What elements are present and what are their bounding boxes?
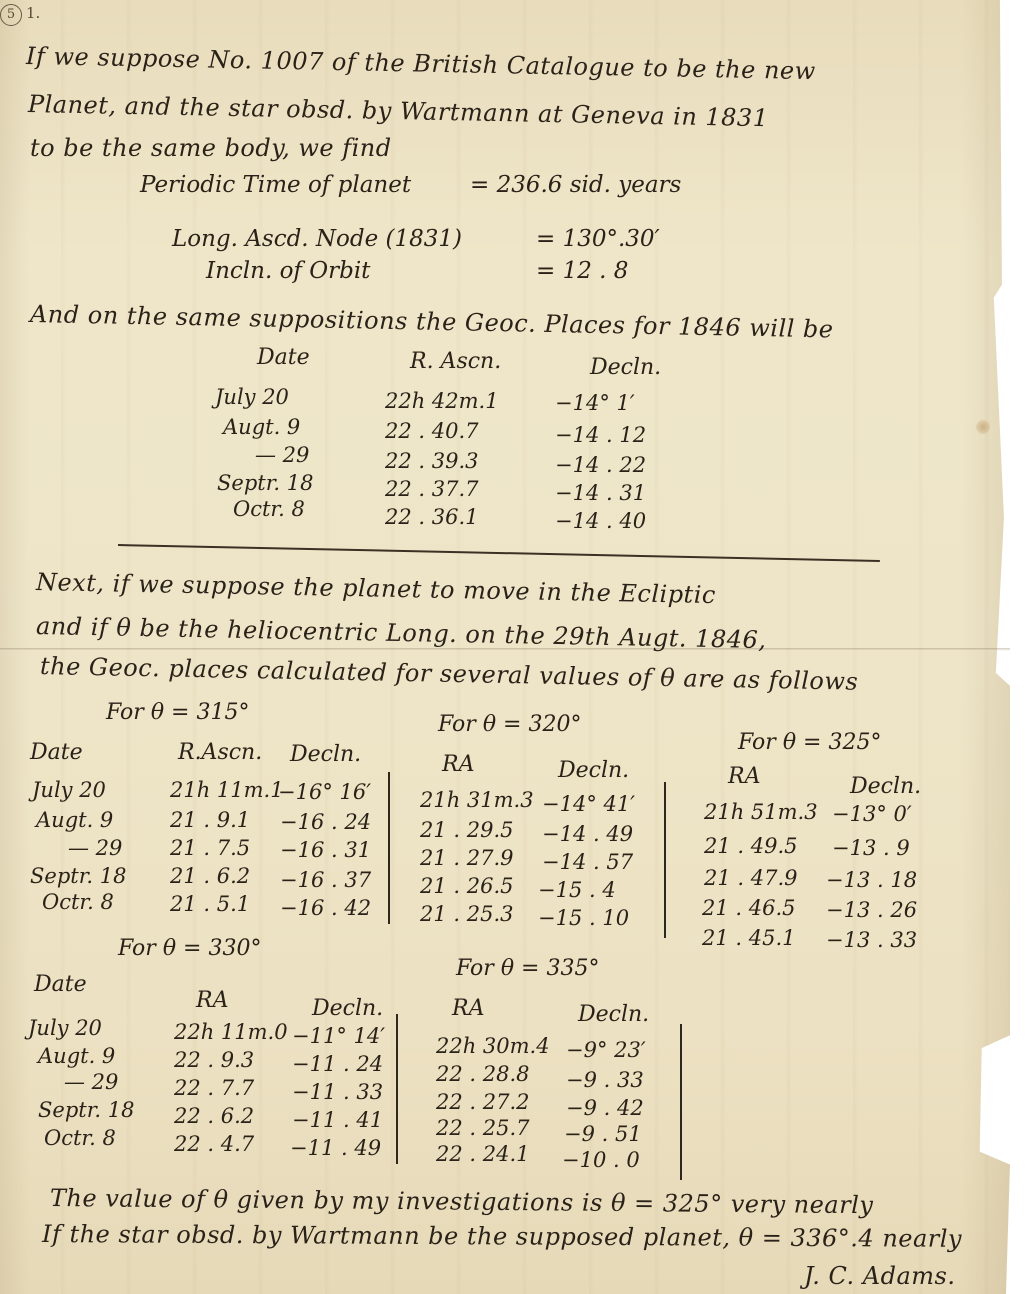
header-date: Date [34,972,87,997]
table-row-decl: −13 . 9 [832,836,910,860]
header-decl: Decln. [290,742,361,767]
table-row-decl: −15 . 10 [538,906,629,930]
table-row-decl: −9 . 42 [566,1096,644,1120]
table-row-decl: −14 . 57 [542,850,633,874]
table-row-ra: 22 . 4.7 [174,1132,254,1156]
archive-mark: 5 [0,4,22,26]
table-row-ra: 22 . 28.8 [436,1062,530,1086]
table-row-date: Septr. 18 [217,471,314,495]
table-row-decl: −13 . 33 [826,928,917,952]
table-row-decl: −16 . 24 [280,810,371,834]
header-ra: RA [196,988,228,1013]
periodic-time-value: = 236.6 sid. years [470,172,681,198]
table-row-decl: −11 . 41 [292,1108,383,1132]
table-row-ra: 21 . 47.9 [704,866,798,890]
paper-stain [976,420,990,434]
table-row-date: Augt. 9 [38,1044,115,1068]
table-row-ra: 21 . 46.5 [702,896,796,920]
table-row-date: — 29 [255,443,309,467]
table-row-ra: 22h 30m.4 [436,1034,550,1058]
table-row-ra: 21h 11m.1 [170,778,284,802]
table-row-decl: −13° 0′ [832,802,912,826]
table-row-ra: 21 . 5.1 [170,892,250,916]
column-divider [664,782,666,938]
table-row-date: Septr. 18 [30,864,127,888]
header-decl: Decln. [312,996,383,1021]
table-row-ra: 21h 51m.3 [704,800,818,824]
header-ra: RA [442,752,474,777]
table-row-ra: 22 . 39.3 [385,449,479,473]
header-decl: Decln. [590,355,661,380]
column-divider [396,1014,398,1164]
intro-line-3: to be the same body, we find [30,134,392,162]
table-title: For θ = 335° [456,956,599,981]
table-row-date: — 29 [68,836,122,860]
table-row-date: Augt. 9 [36,808,113,832]
table-row-decl: −16 . 42 [280,896,371,920]
column-divider [388,772,390,924]
table-row-decl: −11 . 49 [290,1136,381,1160]
table-row-ra: 22 . 25.7 [436,1116,530,1140]
header-date: Date [257,345,310,370]
header-decl: Decln. [578,1002,649,1027]
conclusion-line-2: If the star obsd. by Wartmann be the sup… [42,1220,962,1253]
periodic-time-label: Periodic Time of planet [140,172,411,198]
table-row-ra: 21h 31m.3 [420,788,534,812]
table-row-decl: −14 . 49 [542,822,633,846]
table-row-decl: −14 . 22 [555,453,646,477]
table-row-ra: 22h 11m.0 [174,1020,288,1044]
table-row-ra: 22 . 6.2 [174,1104,254,1128]
table-row-ra: 22 . 40.7 [385,419,479,443]
table-row-decl: −13 . 18 [826,868,917,892]
signature: J. C. Adams. [804,1262,956,1290]
table-row-decl: −9 . 51 [564,1122,642,1146]
column-divider [680,1024,682,1180]
header-decl: Decln. [850,774,921,799]
header-ra: RA [452,996,484,1021]
table-row-ra: 21 . 26.5 [420,874,514,898]
table-row-decl: −16 . 31 [280,838,371,862]
table-row-decl: −14 . 31 [555,481,646,505]
header-date: Date [30,740,83,765]
table-row-ra: 21 . 9.1 [170,808,250,832]
table-row-ra: 21 . 25.3 [420,902,514,926]
table-row-date: July 20 [32,778,106,802]
table-row-decl: −10 . 0 [562,1148,640,1172]
inclination-label: Incln. of Orbit [206,258,370,284]
table-row-ra: 21 . 27.9 [420,846,514,870]
table-row-decl: −11 . 33 [292,1080,383,1104]
table-row-decl: −11° 14′ [292,1024,385,1048]
table-row-ra: 22h 42m.1 [385,389,499,413]
table-row-ra: 22 . 36.1 [385,505,479,529]
table-row-date: Augt. 9 [223,415,300,439]
table-row-decl: −14° 1′ [555,391,635,415]
table-row-ra: 22 . 7.7 [174,1076,254,1100]
table-row-date: July 20 [28,1016,102,1040]
table-row-date: Septr. 18 [38,1098,135,1122]
table-row-decl: −14° 41′ [542,792,635,816]
page-number: 1. [26,4,40,22]
table-row-decl: −15 . 4 [538,878,616,902]
table-row-decl: −16° 16′ [278,780,371,804]
table-row-decl: −14 . 12 [555,423,646,447]
table-row-date: Octr. 8 [42,890,114,914]
long-node-label: Long. Ascd. Node (1831) [172,226,462,252]
table-title: For θ = 330° [118,936,261,961]
table-row-decl: −11 . 24 [292,1052,383,1076]
table-row-ra: 22 . 24.1 [436,1142,530,1166]
table-row-ra: 21 . 6.2 [170,864,250,888]
table-row-date: Octr. 8 [233,497,305,521]
header-ra: RA [728,764,760,789]
table-title: For θ = 325° [738,730,881,755]
table-row-date: Octr. 8 [44,1126,116,1150]
table-row-decl: −9° 23′ [566,1038,646,1062]
table-title: For θ = 315° [106,700,249,725]
table-row-decl: −13 . 26 [826,898,917,922]
table-row-ra: 22 . 37.7 [385,477,479,501]
table-row-ra: 21 . 29.5 [420,818,514,842]
table-row-ra: 22 . 27.2 [436,1090,530,1114]
table-row-ra: 21 . 45.1 [702,926,796,950]
table-row-date: July 20 [215,385,289,409]
table-row-decl: −14 . 40 [555,509,646,533]
long-node-value: = 130°.30′ [536,226,660,252]
table-row-date: — 29 [64,1070,118,1094]
header-decl: Decln. [558,758,629,783]
header-ra: R. Ascn. [410,349,501,374]
table-row-ra: 21 . 49.5 [704,834,798,858]
inclination-value: = 12 . 8 [536,258,628,284]
table-row-ra: 21 . 7.5 [170,836,250,860]
table-row-ra: 22 . 9.3 [174,1048,254,1072]
table-title: For θ = 320° [438,712,581,737]
header-ra: R.Ascn. [178,740,262,765]
table-row-decl: −16 . 37 [280,868,371,892]
table-row-decl: −9 . 33 [566,1068,644,1092]
